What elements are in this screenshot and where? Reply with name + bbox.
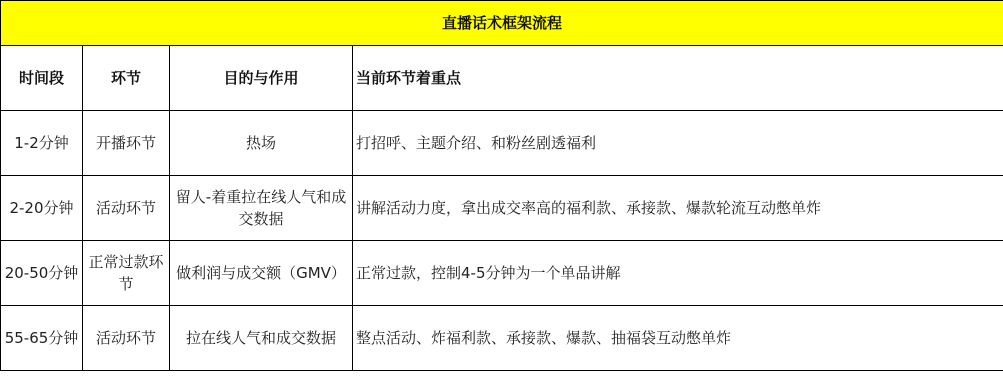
cell-focus: 正常过款，控制4-5分钟为一个单品讲解 — [353, 241, 1003, 306]
cell-stage: 活动环节 — [83, 176, 170, 241]
cell-purpose: 热场 — [170, 111, 353, 176]
cell-stage: 活动环节 — [83, 306, 170, 371]
cell-time: 2-20分钟 — [1, 176, 83, 241]
live-script-flow-table: 直播话术框架流程 时间段 环节 目的与作用 当前环节着重点 1-2分钟 开播环节… — [0, 0, 1003, 371]
cell-focus: 整点活动、炸福利款、承接款、爆款、抽福袋互动憋单炸 — [353, 306, 1003, 371]
cell-focus: 讲解活动力度，拿出成交率高的福利款、承接款、爆款轮流互动憋单炸 — [353, 176, 1003, 241]
cell-focus: 打招呼、主题介绍、和粉丝剧透福利 — [353, 111, 1003, 176]
table-row: 20-50分钟 正常过款环节 做利润与成交额（GMV） 正常过款，控制4-5分钟… — [1, 241, 1003, 306]
cell-time: 20-50分钟 — [1, 241, 83, 306]
cell-time: 55-65分钟 — [1, 306, 83, 371]
header-focus: 当前环节着重点 — [353, 46, 1003, 111]
table-row: 1-2分钟 开播环节 热场 打招呼、主题介绍、和粉丝剧透福利 — [1, 111, 1003, 176]
header-row: 时间段 环节 目的与作用 当前环节着重点 — [1, 46, 1003, 111]
header-time: 时间段 — [1, 46, 83, 111]
table-row: 2-20分钟 活动环节 留人-着重拉在线人气和成交数据 讲解活动力度，拿出成交率… — [1, 176, 1003, 241]
table-title: 直播话术框架流程 — [1, 1, 1003, 46]
cell-purpose: 留人-着重拉在线人气和成交数据 — [170, 176, 353, 241]
cell-time: 1-2分钟 — [1, 111, 83, 176]
table-title-row: 直播话术框架流程 — [1, 1, 1003, 46]
header-purpose: 目的与作用 — [170, 46, 353, 111]
header-stage: 环节 — [83, 46, 170, 111]
cell-stage: 正常过款环节 — [83, 241, 170, 306]
cell-purpose: 做利润与成交额（GMV） — [170, 241, 353, 306]
table-row: 55-65分钟 活动环节 拉在线人气和成交数据 整点活动、炸福利款、承接款、爆款… — [1, 306, 1003, 371]
cell-purpose: 拉在线人气和成交数据 — [170, 306, 353, 371]
cell-stage: 开播环节 — [83, 111, 170, 176]
